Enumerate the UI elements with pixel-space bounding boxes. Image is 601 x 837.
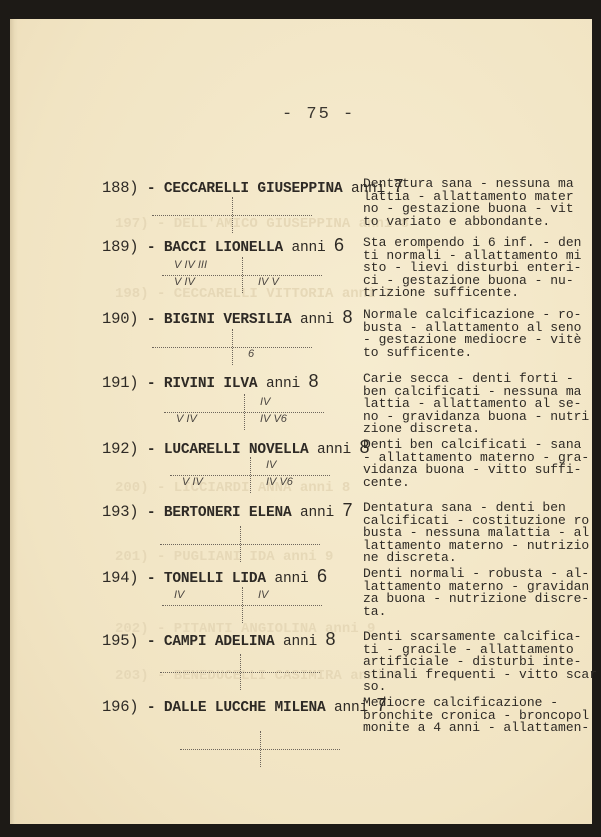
dental-chart <box>160 526 320 562</box>
dental-mark-lower-right: V IV <box>182 476 203 488</box>
page-number: - 75 - <box>282 105 355 124</box>
dental-chart: IVV IVIV V6 <box>164 394 324 430</box>
age-label: anni <box>317 442 351 458</box>
dental-chart: V IV IIIV IVIV V <box>162 257 322 293</box>
entry-heading: 190) - BIGINI VERSILIA anni 8 <box>102 307 352 328</box>
entry-description: Dentatura sana - denti ben calcificati -… <box>363 502 593 565</box>
entry-number: 194) <box>102 569 138 587</box>
patient-name: BERTONERI ELENA <box>164 505 292 521</box>
entry-heading: 191) - RIVINI ILVA anni 8 <box>102 371 318 392</box>
patient-age: 6 <box>317 566 327 586</box>
entry-heading: 196) - DALLE LUCCHE MILENA anni 7 <box>102 695 386 716</box>
entry-description: Mediocre calcificazione - bronchite cron… <box>363 697 593 735</box>
entry-number: 193) <box>102 503 138 521</box>
dental-chart: 6 <box>152 329 312 365</box>
dental-chart: IVIV <box>162 587 322 623</box>
entry-description: Normale calcificazione - ro- busta - all… <box>363 309 593 359</box>
document-page: - 75 - 197) - DELL'AMICO GIUSEPPINA anni… <box>10 19 592 824</box>
age-label: anni <box>300 505 334 521</box>
entry-heading: 193) - BERTONERI ELENA anni 7 <box>102 500 352 521</box>
dental-chart-vertical-line <box>242 257 243 293</box>
entry-heading: 189) - BACCI LIONELLA anni 6 <box>102 235 344 256</box>
patient-name: CECCARELLI GIUSEPPINA <box>164 181 343 197</box>
patient-name: BIGINI VERSILIA <box>164 312 292 328</box>
dental-chart <box>152 197 312 233</box>
patient-name: LUCARELLI NOVELLA <box>164 442 309 458</box>
patient-name: DALLE LUCCHE MILENA <box>164 700 326 716</box>
patient-name: BACCI LIONELLA <box>164 240 283 256</box>
entry-description: Dentatura sana - nessuna ma lattia - all… <box>363 178 593 228</box>
dental-mark-lower-right: V IV <box>176 413 197 425</box>
dental-mark-lower-left: IV V6 <box>260 413 287 425</box>
entry-description: Denti ben calcificati - sana - allattame… <box>363 439 593 489</box>
patient-name: TONELLI LIDA <box>164 571 266 587</box>
patient-age: 6 <box>334 235 344 255</box>
dental-chart <box>160 654 320 690</box>
dental-chart-vertical-line <box>250 457 251 493</box>
dental-mark-upper-right: V IV III <box>174 259 207 271</box>
dental-mark-lower-left: IV V6 <box>266 476 293 488</box>
age-label: anni <box>274 571 308 587</box>
dental-mark-upper-left: IV <box>266 459 276 471</box>
entry-description: Sta erompendo i 6 inf. - den ti normali … <box>363 237 593 300</box>
patient-age: 8 <box>343 307 353 327</box>
dental-mark-upper-right: IV <box>174 589 184 601</box>
entry-description: Denti normali - robusta - al- lattamento… <box>363 568 593 618</box>
dental-mark-lower-left: IV V <box>258 276 279 288</box>
entry-description: Denti scarsamente calcifica- ti - gracil… <box>363 631 593 694</box>
entry-number: 195) <box>102 632 138 650</box>
age-label: anni <box>283 634 317 650</box>
entry-description: Carie secca - denti forti - ben calcific… <box>363 373 593 436</box>
age-label: anni <box>300 312 334 328</box>
dental-chart-vertical-line <box>232 197 233 233</box>
entry-number: 192) <box>102 440 138 458</box>
entry-number: 188) <box>102 179 138 197</box>
entry-number: 190) <box>102 310 138 328</box>
entry-number: 189) <box>102 238 138 256</box>
dental-chart-vertical-line <box>242 587 243 623</box>
entry-number: 191) <box>102 374 138 392</box>
dental-chart-vertical-line <box>260 731 261 767</box>
entry-heading: 195) - CAMPI ADELINA anni 8 <box>102 629 335 650</box>
dental-chart-vertical-line <box>240 654 241 690</box>
dental-chart-vertical-line <box>232 329 233 365</box>
dental-chart-vertical-line <box>240 526 241 562</box>
age-label: anni <box>291 240 325 256</box>
age-label: anni <box>266 376 300 392</box>
patient-age: 7 <box>343 500 353 520</box>
entry-heading: 192) - LUCARELLI NOVELLA anni 8 <box>102 437 369 458</box>
dental-chart: IVV IVIV V6 <box>170 457 330 493</box>
patient-name: RIVINI ILVA <box>164 376 258 392</box>
dental-mark-lower-left: 6 <box>248 348 254 360</box>
dental-mark-lower-right: V IV <box>174 276 195 288</box>
dental-mark-upper-left: IV <box>258 589 268 601</box>
entry-heading: 194) - TONELLI LIDA anni 6 <box>102 566 327 587</box>
dental-mark-upper-left: IV <box>260 396 270 408</box>
patient-age: 8 <box>326 629 336 649</box>
patient-age: 8 <box>308 371 318 391</box>
binding-shadow <box>10 19 18 824</box>
patient-name: CAMPI ADELINA <box>164 634 275 650</box>
entry-heading: 188) - CECCARELLI GIUSEPPINA anni 7 <box>102 176 403 197</box>
dental-chart-vertical-line <box>244 394 245 430</box>
dental-chart <box>180 731 340 767</box>
entry-number: 196) <box>102 698 138 716</box>
